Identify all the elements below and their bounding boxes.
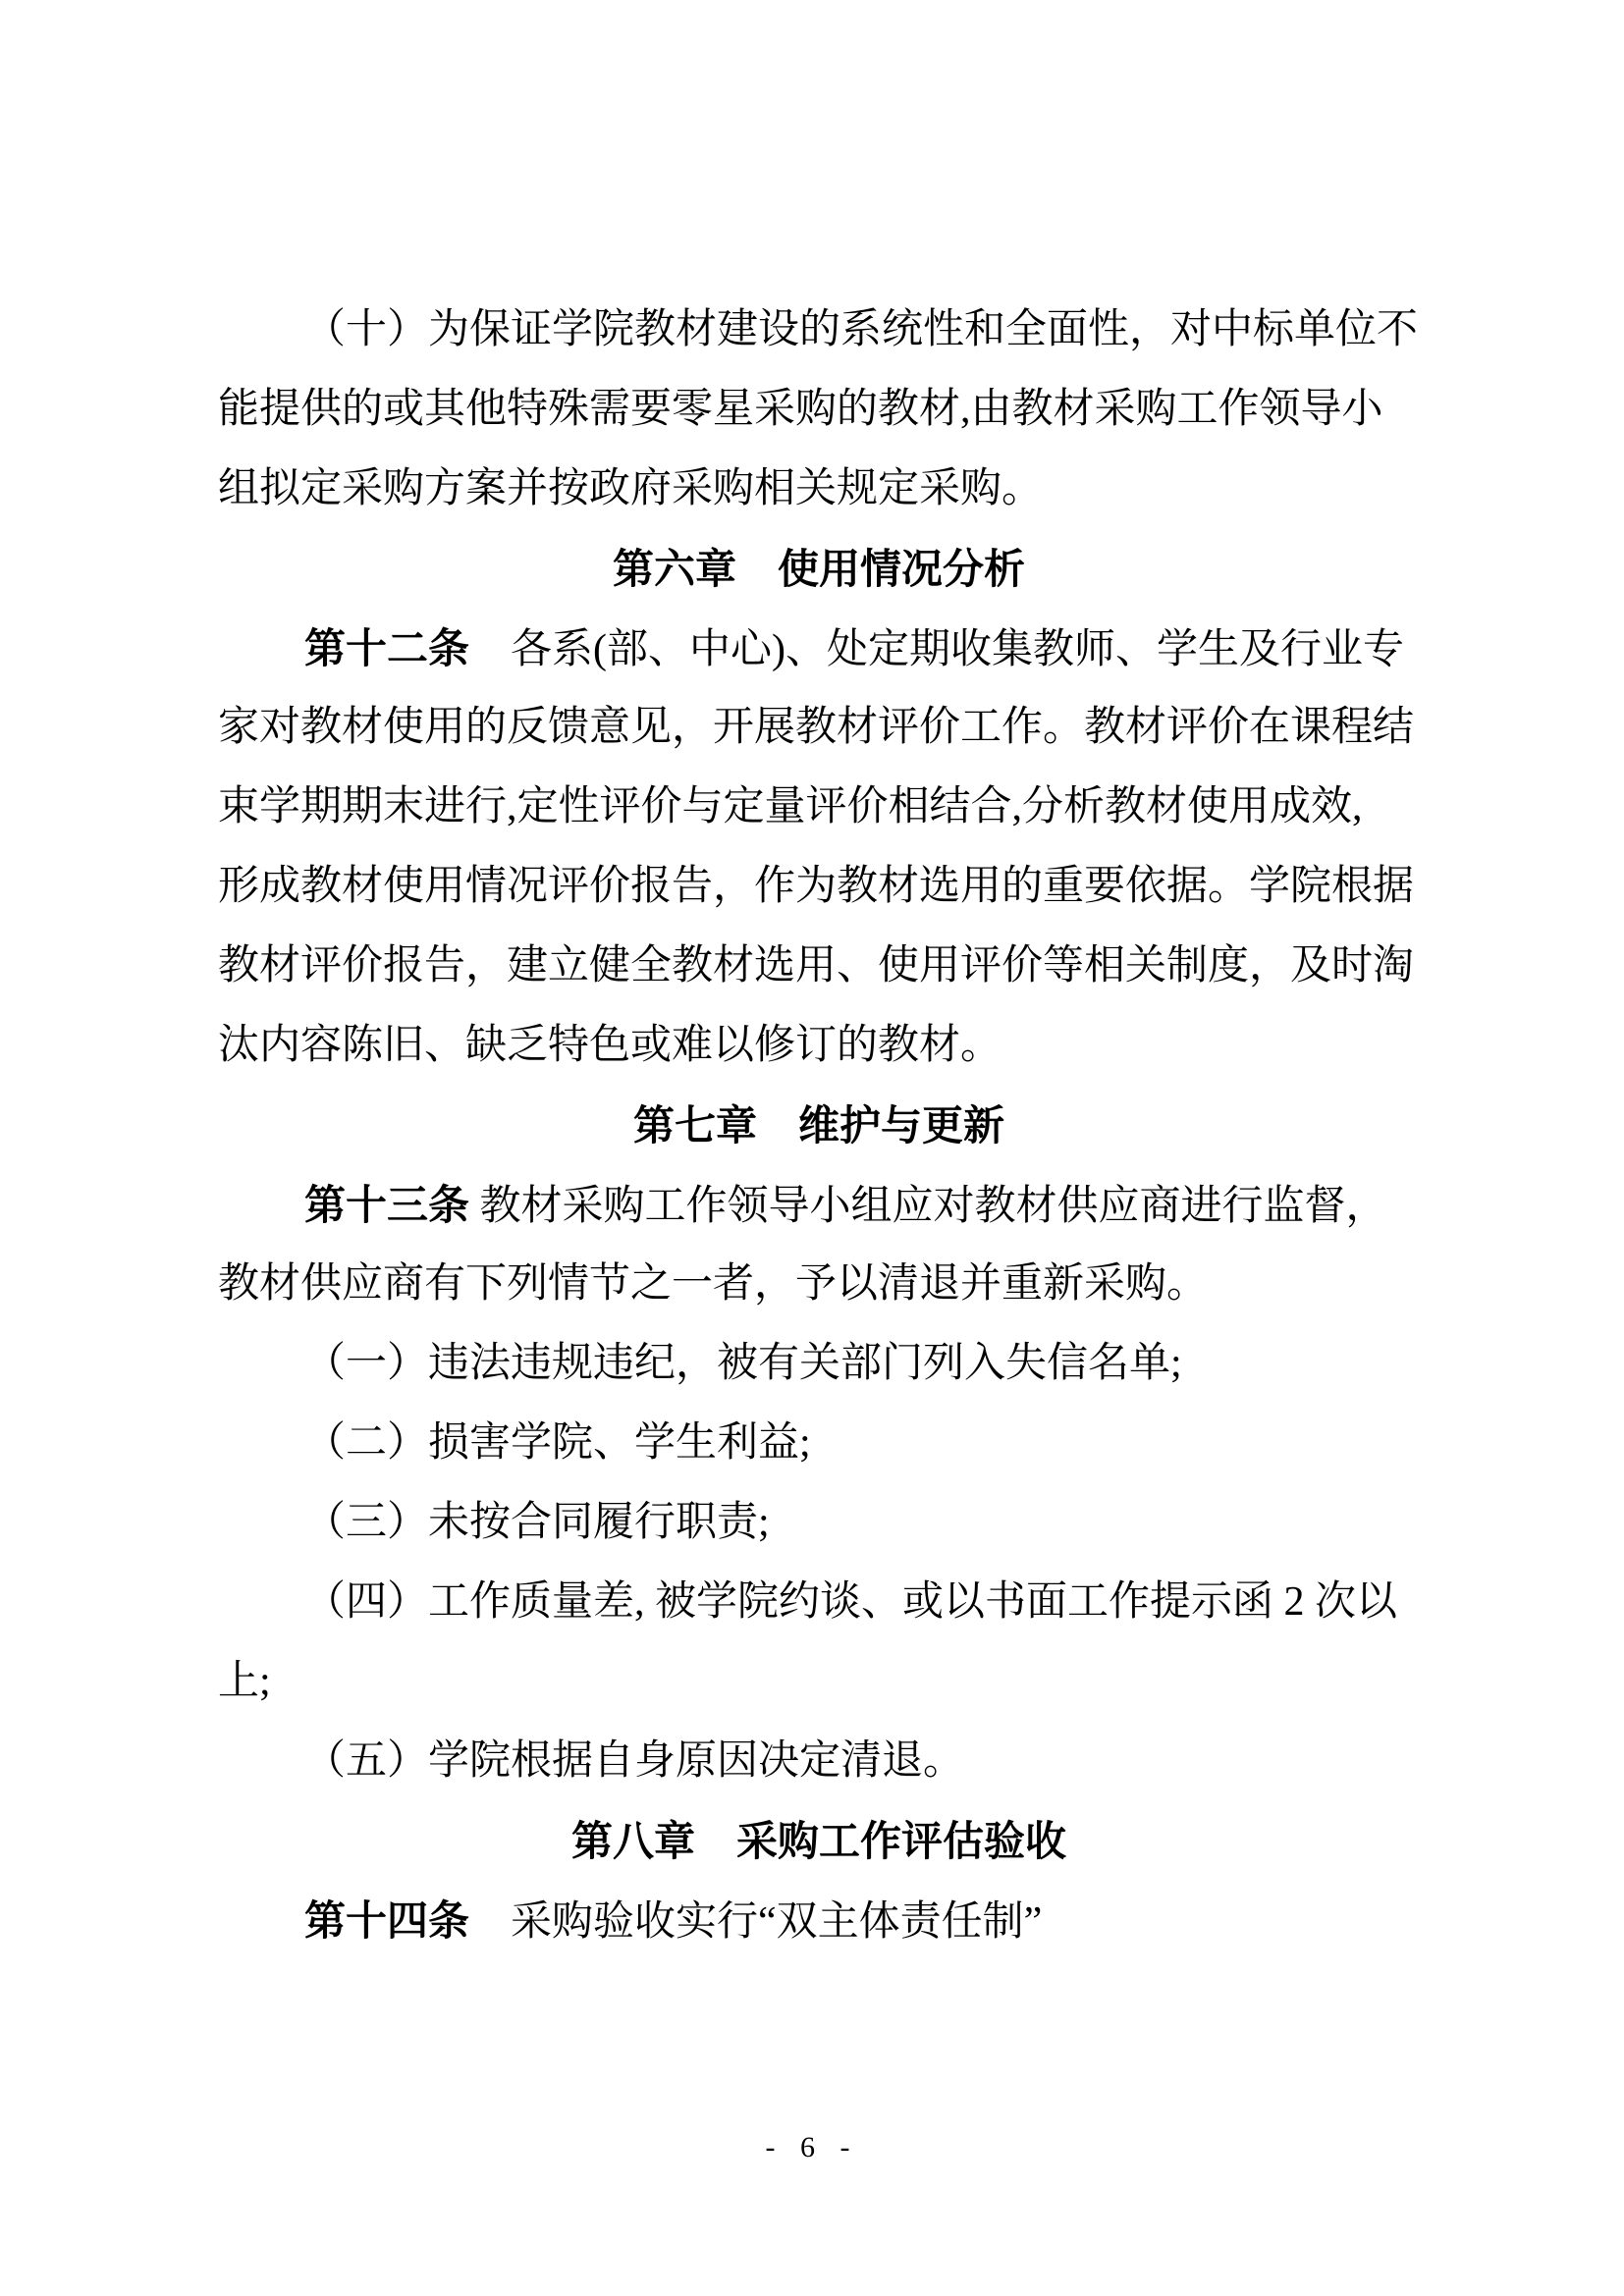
- body-text: （五）学院根据自身原因决定清退。: [304, 1738, 964, 1784]
- chapter-heading-8: 第八章 采购工作评估验收: [218, 1801, 1420, 1881]
- body-text: 教材供应商有下列情节之一者，予以清退并重新采购。: [218, 1261, 1208, 1307]
- body-text: （三）未按合同履行职责;: [304, 1500, 770, 1545]
- page-number-text: - 6 -: [766, 2131, 859, 2163]
- list-item-4: （四）工作质量差, 被学院约谈、或以书面工作提示函 2 次以: [218, 1563, 1420, 1642]
- body-text: 能提供的或其他特殊需要零星采购的教材,由教材采购工作领导小: [218, 387, 1383, 432]
- body-text: 汰内容陈旧、缺乏特色或难以修订的教材。: [218, 1023, 1001, 1068]
- body-text: 各系(部、中心)、处定期收集教师、学生及行业专: [469, 627, 1404, 672]
- list-item-5: （五）学院根据自身原因决定清退。: [218, 1722, 1420, 1801]
- body-text: （四）工作质量差, 被学院约谈、或以书面工作提示函 2 次以: [304, 1579, 1397, 1625]
- list-item-2: （二）损害学院、学生利益;: [218, 1404, 1420, 1483]
- body-line: 组拟定采购方案并按政府采购相关规定采购。: [218, 450, 1420, 529]
- chapter-heading-text: 第六章 使用情况分析: [613, 546, 1025, 592]
- body-line: 汰内容陈旧、缺乏特色或难以修订的教材。: [218, 1006, 1420, 1086]
- body-text: 上;: [218, 1659, 271, 1704]
- document-page: （十）为保证学院教材建设的系统性和全面性，对中标单位不 能提供的或其他特殊需要零…: [0, 0, 1624, 2296]
- body-line: 教材评价报告，建立健全教材选用、使用评价等相关制度，及时淘: [218, 927, 1420, 1006]
- body-line: （十）为保证学院教材建设的系统性和全面性，对中标单位不: [218, 291, 1420, 370]
- chapter-heading-7: 第七章 维护与更新: [218, 1086, 1420, 1165]
- body-text: （十）为保证学院教材建设的系统性和全面性，对中标单位不: [304, 307, 1418, 352]
- list-item-3: （三）未按合同履行职责;: [218, 1483, 1420, 1563]
- article-12-line: 第十二条 各系(部、中心)、处定期收集教师、学生及行业专: [218, 609, 1420, 688]
- article-number-bold: 第十二条: [304, 625, 469, 671]
- document-body: （十）为保证学院教材建设的系统性和全面性，对中标单位不 能提供的或其他特殊需要零…: [218, 291, 1420, 1960]
- article-13-line: 第十三条 教材采购工作领导小组应对教材供应商进行监督，: [218, 1165, 1420, 1245]
- article-14-line: 第十四条 采购验收实行“双主体责任制”: [218, 1881, 1420, 1960]
- body-text: （一）违法违规违纪，被有关部门列入失信名单;: [304, 1341, 1182, 1386]
- body-line: 形成教材使用情况评价报告，作为教材选用的重要依据。学院根据: [218, 847, 1420, 927]
- body-text: 教材采购工作领导小组应对教材供应商进行监督，: [469, 1184, 1387, 1229]
- body-line: 家对教材使用的反馈意见，开展教材评价工作。教材评价在课程结: [218, 688, 1420, 768]
- body-text: 教材评价报告，建立健全教材选用、使用评价等相关制度，及时淘: [218, 943, 1414, 988]
- body-text: 束学期期末进行,定性评价与定量评价相结合,分析教材使用成效,: [218, 784, 1363, 829]
- body-text: 组拟定采购方案并按政府采购相关规定采购。: [218, 466, 1043, 511]
- body-text: 家对教材使用的反馈意见，开展教材评价工作。教材评价在课程结: [218, 705, 1414, 750]
- body-line: 教材供应商有下列情节之一者，予以清退并重新采购。: [218, 1245, 1420, 1324]
- chapter-heading-6: 第六章 使用情况分析: [218, 529, 1420, 609]
- body-line: 能提供的或其他特殊需要零星采购的教材,由教材采购工作领导小: [218, 370, 1420, 450]
- body-text: 形成教材使用情况评价报告，作为教材选用的重要依据。学院根据: [218, 864, 1414, 909]
- body-line: 束学期期末进行,定性评价与定量评价相结合,分析教材使用成效,: [218, 768, 1420, 847]
- body-line: 上;: [218, 1642, 1420, 1722]
- chapter-heading-text: 第八章 采购工作评估验收: [571, 1818, 1066, 1864]
- article-number-bold: 第十四条: [304, 1897, 469, 1944]
- body-text: 采购验收实行“双主体责任制”: [469, 1899, 1042, 1945]
- list-item-1: （一）违法违规违纪，被有关部门列入失信名单;: [218, 1324, 1420, 1404]
- page-number: - 6 -: [0, 2128, 1624, 2167]
- article-number-bold: 第十三条: [304, 1182, 469, 1228]
- body-text: （二）损害学院、学生利益;: [304, 1420, 811, 1466]
- chapter-heading-text: 第七章 维护与更新: [633, 1102, 1004, 1148]
